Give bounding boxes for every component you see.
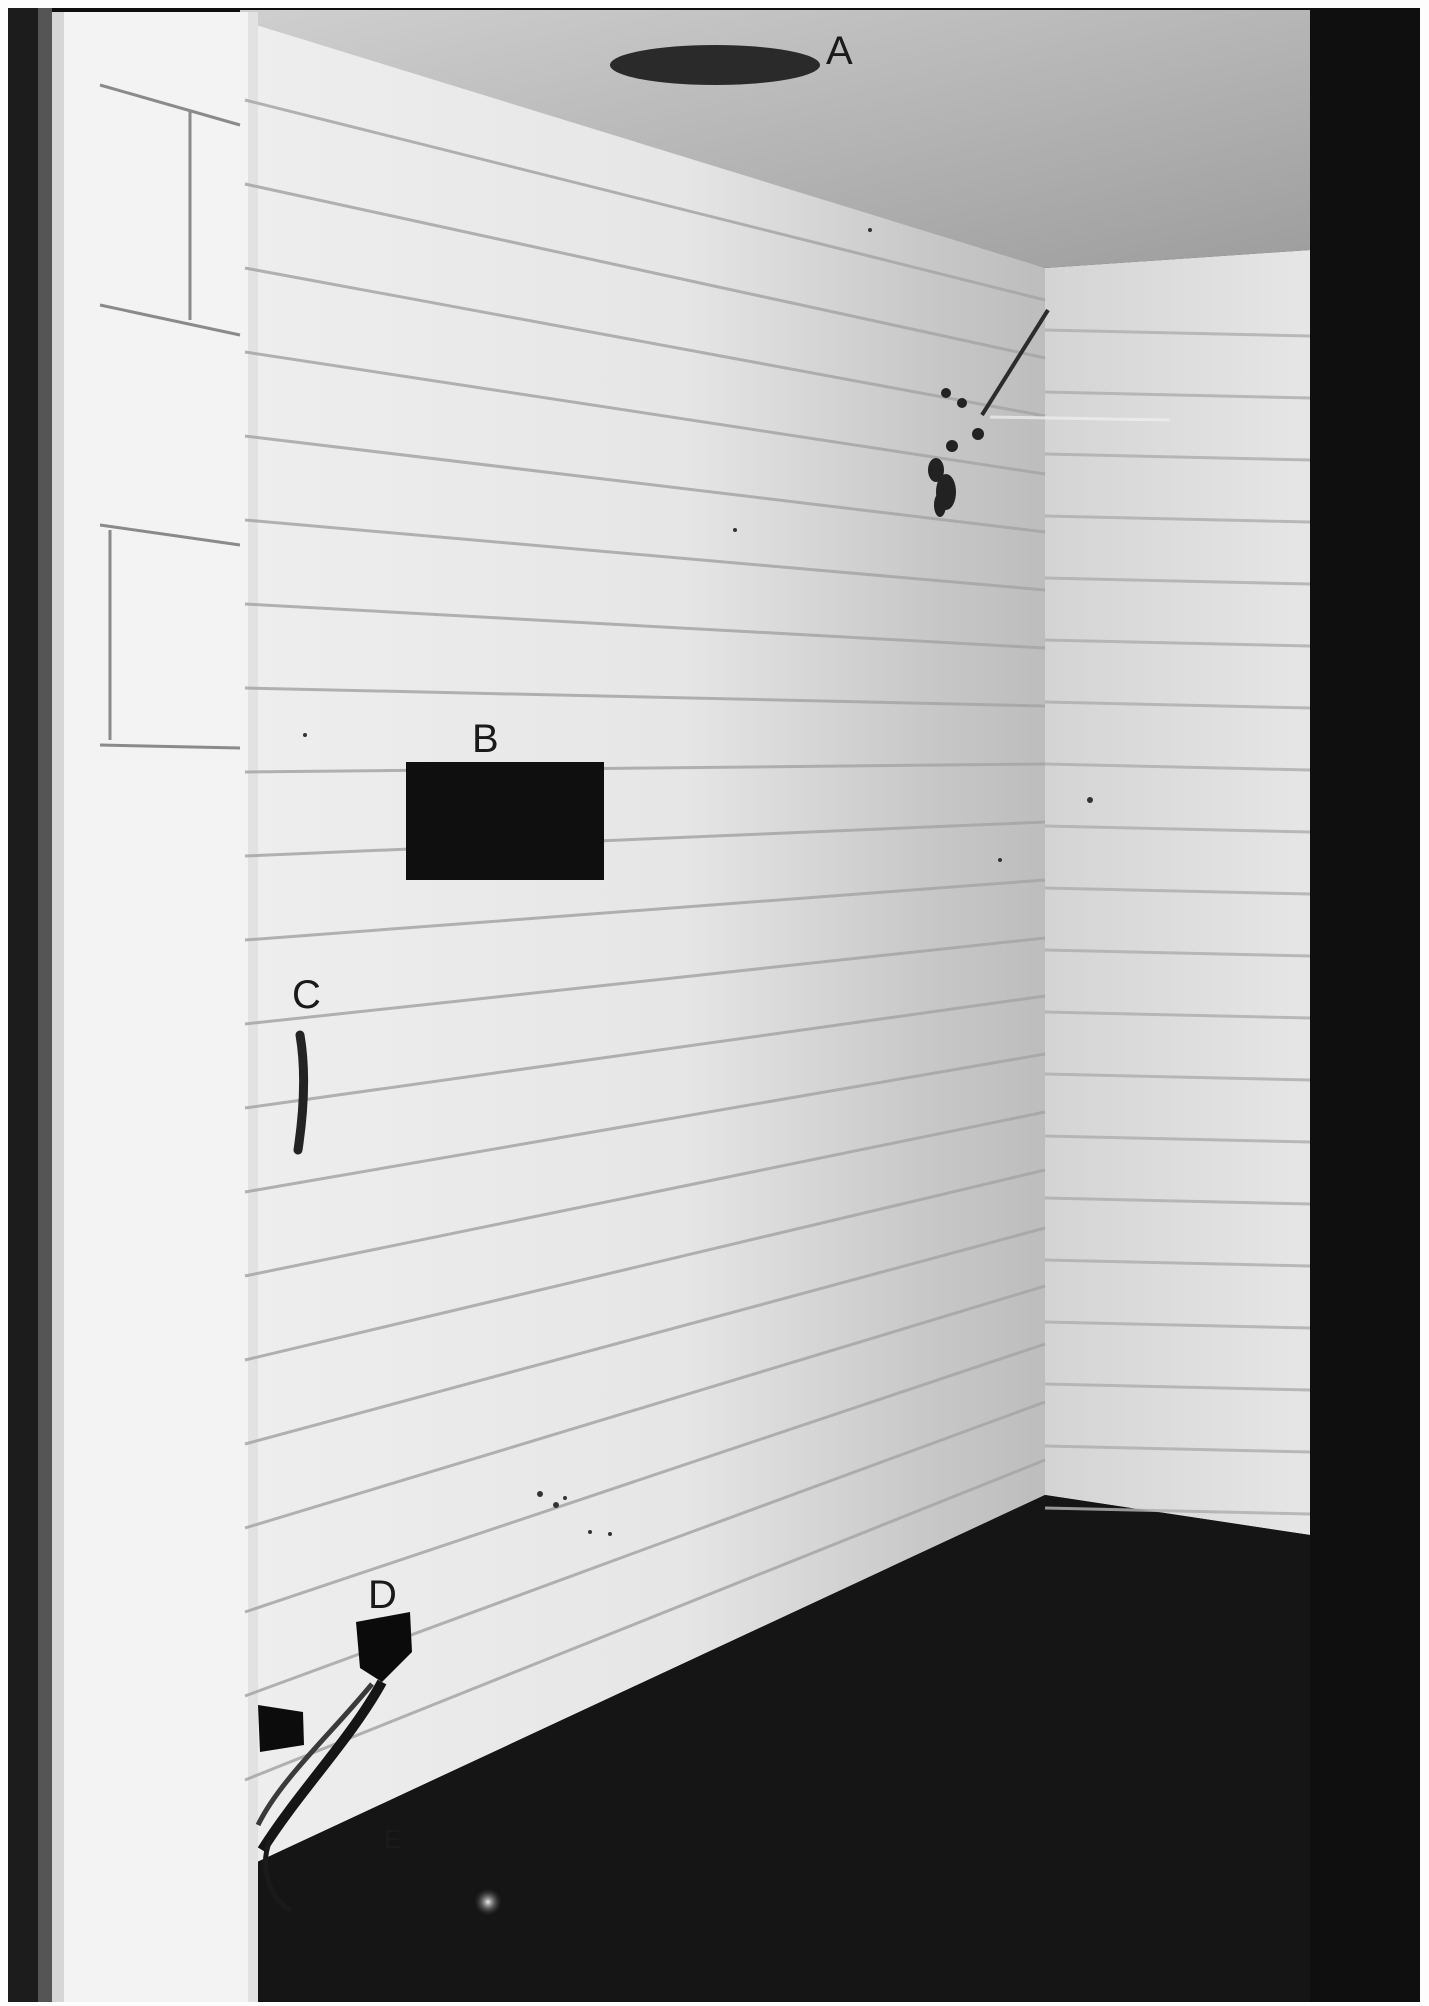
marker-e-label: E [384,1824,401,1854]
marker-d-label: D [368,1573,397,1617]
right-frame-edge [1310,8,1420,2002]
ceiling-stain [610,45,820,85]
room-photo: A B C D E [0,0,1429,2006]
marker-b-label: B [472,717,499,761]
black-patch [406,762,604,880]
left-pillar [48,12,248,2002]
photograph: A B C D E [0,0,1429,2006]
dark-block [258,1705,304,1752]
marker-a-label: A [826,29,853,73]
marker-c-label: C [292,973,321,1017]
